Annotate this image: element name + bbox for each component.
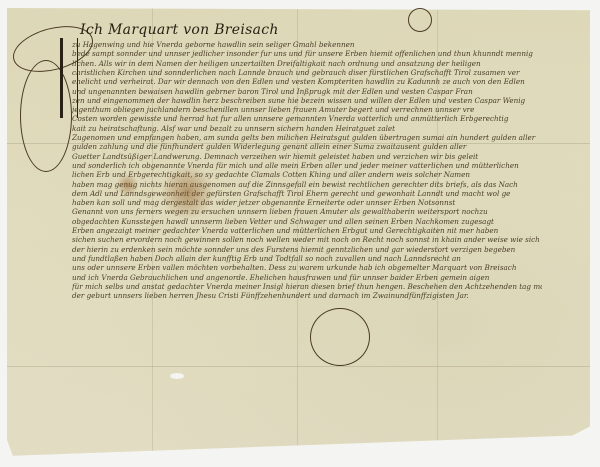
manuscript-line: zu Hagenwing und hie Vnerda geborne hawd…: [72, 40, 562, 49]
flourish-ornament: [408, 8, 432, 32]
manuscript-line: Zugenomen und empfangen haben, am sunda …: [72, 133, 562, 142]
manuscript-line: und fundtlaßen haben Doch allain der kun…: [72, 254, 562, 263]
manuscript-line: kait zu heiratschaftung. Alsf war und be…: [72, 124, 562, 133]
stain-mark: [115, 175, 140, 195]
manuscript-line: haben kan soll und mag dergestalt das wi…: [72, 198, 562, 207]
manuscript-line: haben mag genug nichts hieran ausgenomen…: [72, 180, 562, 189]
manuscript-line: dem Adl und Lanndsgeweonheit der gefürst…: [72, 189, 562, 198]
manuscript-line: lichen. Alls wir in dem Namen der heilig…: [72, 59, 562, 68]
manuscript-line: Erben angezaigt meiner gedachter Vnerda …: [72, 226, 562, 235]
signature-paraph-icon: [310, 308, 370, 366]
manuscript-line: sichen suchen ervordern noch gewinnen so…: [72, 235, 562, 244]
manuscript-line: christlichen Kirchen und sonnderlichen n…: [72, 68, 562, 77]
manuscript-line: uns oder unnsere Erben vallen möchten vo…: [72, 263, 562, 272]
manuscript-line: lichen Erb und Erbgerechtigkait, so sy g…: [72, 170, 562, 179]
manuscript-line: und sonderlich ich obgenannte Vnerda für…: [72, 161, 562, 170]
manuscript-line: gulden zahlung und die fünfhundert gulde…: [72, 142, 562, 151]
document-heading: Ich Marquart von Breisach: [80, 22, 279, 38]
manuscript-line: der geburt unnsers lieben herren Jhesu C…: [72, 291, 542, 300]
manuscript-line: der hierin zu erdenken sein möchte sonnd…: [72, 245, 562, 254]
manuscript-line: jegenthum obliegen juchlandern beschenil…: [72, 105, 562, 114]
manuscript-line: bede sampt sonnder und unnser jedlicher …: [72, 49, 562, 58]
manuscript-line: ehelicht und verheirat. Dar wir dennach …: [72, 77, 562, 86]
parchment-hole: [170, 373, 184, 379]
manuscript-line: zen und eingenommen der hawdlin herz bes…: [72, 96, 562, 105]
manuscript-line: und ungenannten bewaisen hawdlin gebrner…: [72, 87, 562, 96]
manuscript-line: für mich selbs und anstat gedachter Vner…: [72, 282, 542, 291]
manuscript-line: obgedachten Kunsstegen hawdl unnserm lie…: [72, 217, 562, 226]
manuscript-line: und ich Vnerda Gebrauchlichen und angeno…: [72, 273, 562, 282]
stain-mark: [160, 165, 215, 220]
fold-line-horizontal: [7, 366, 590, 367]
manuscript-line: Guetter Landtsüßiger Landwerung. Demnach…: [72, 152, 562, 161]
manuscript-line: Costen worden gewisste und herrad hat fu…: [72, 114, 562, 123]
manuscript-line: Genannt von uns ferners wegen zu ersuche…: [72, 207, 562, 216]
